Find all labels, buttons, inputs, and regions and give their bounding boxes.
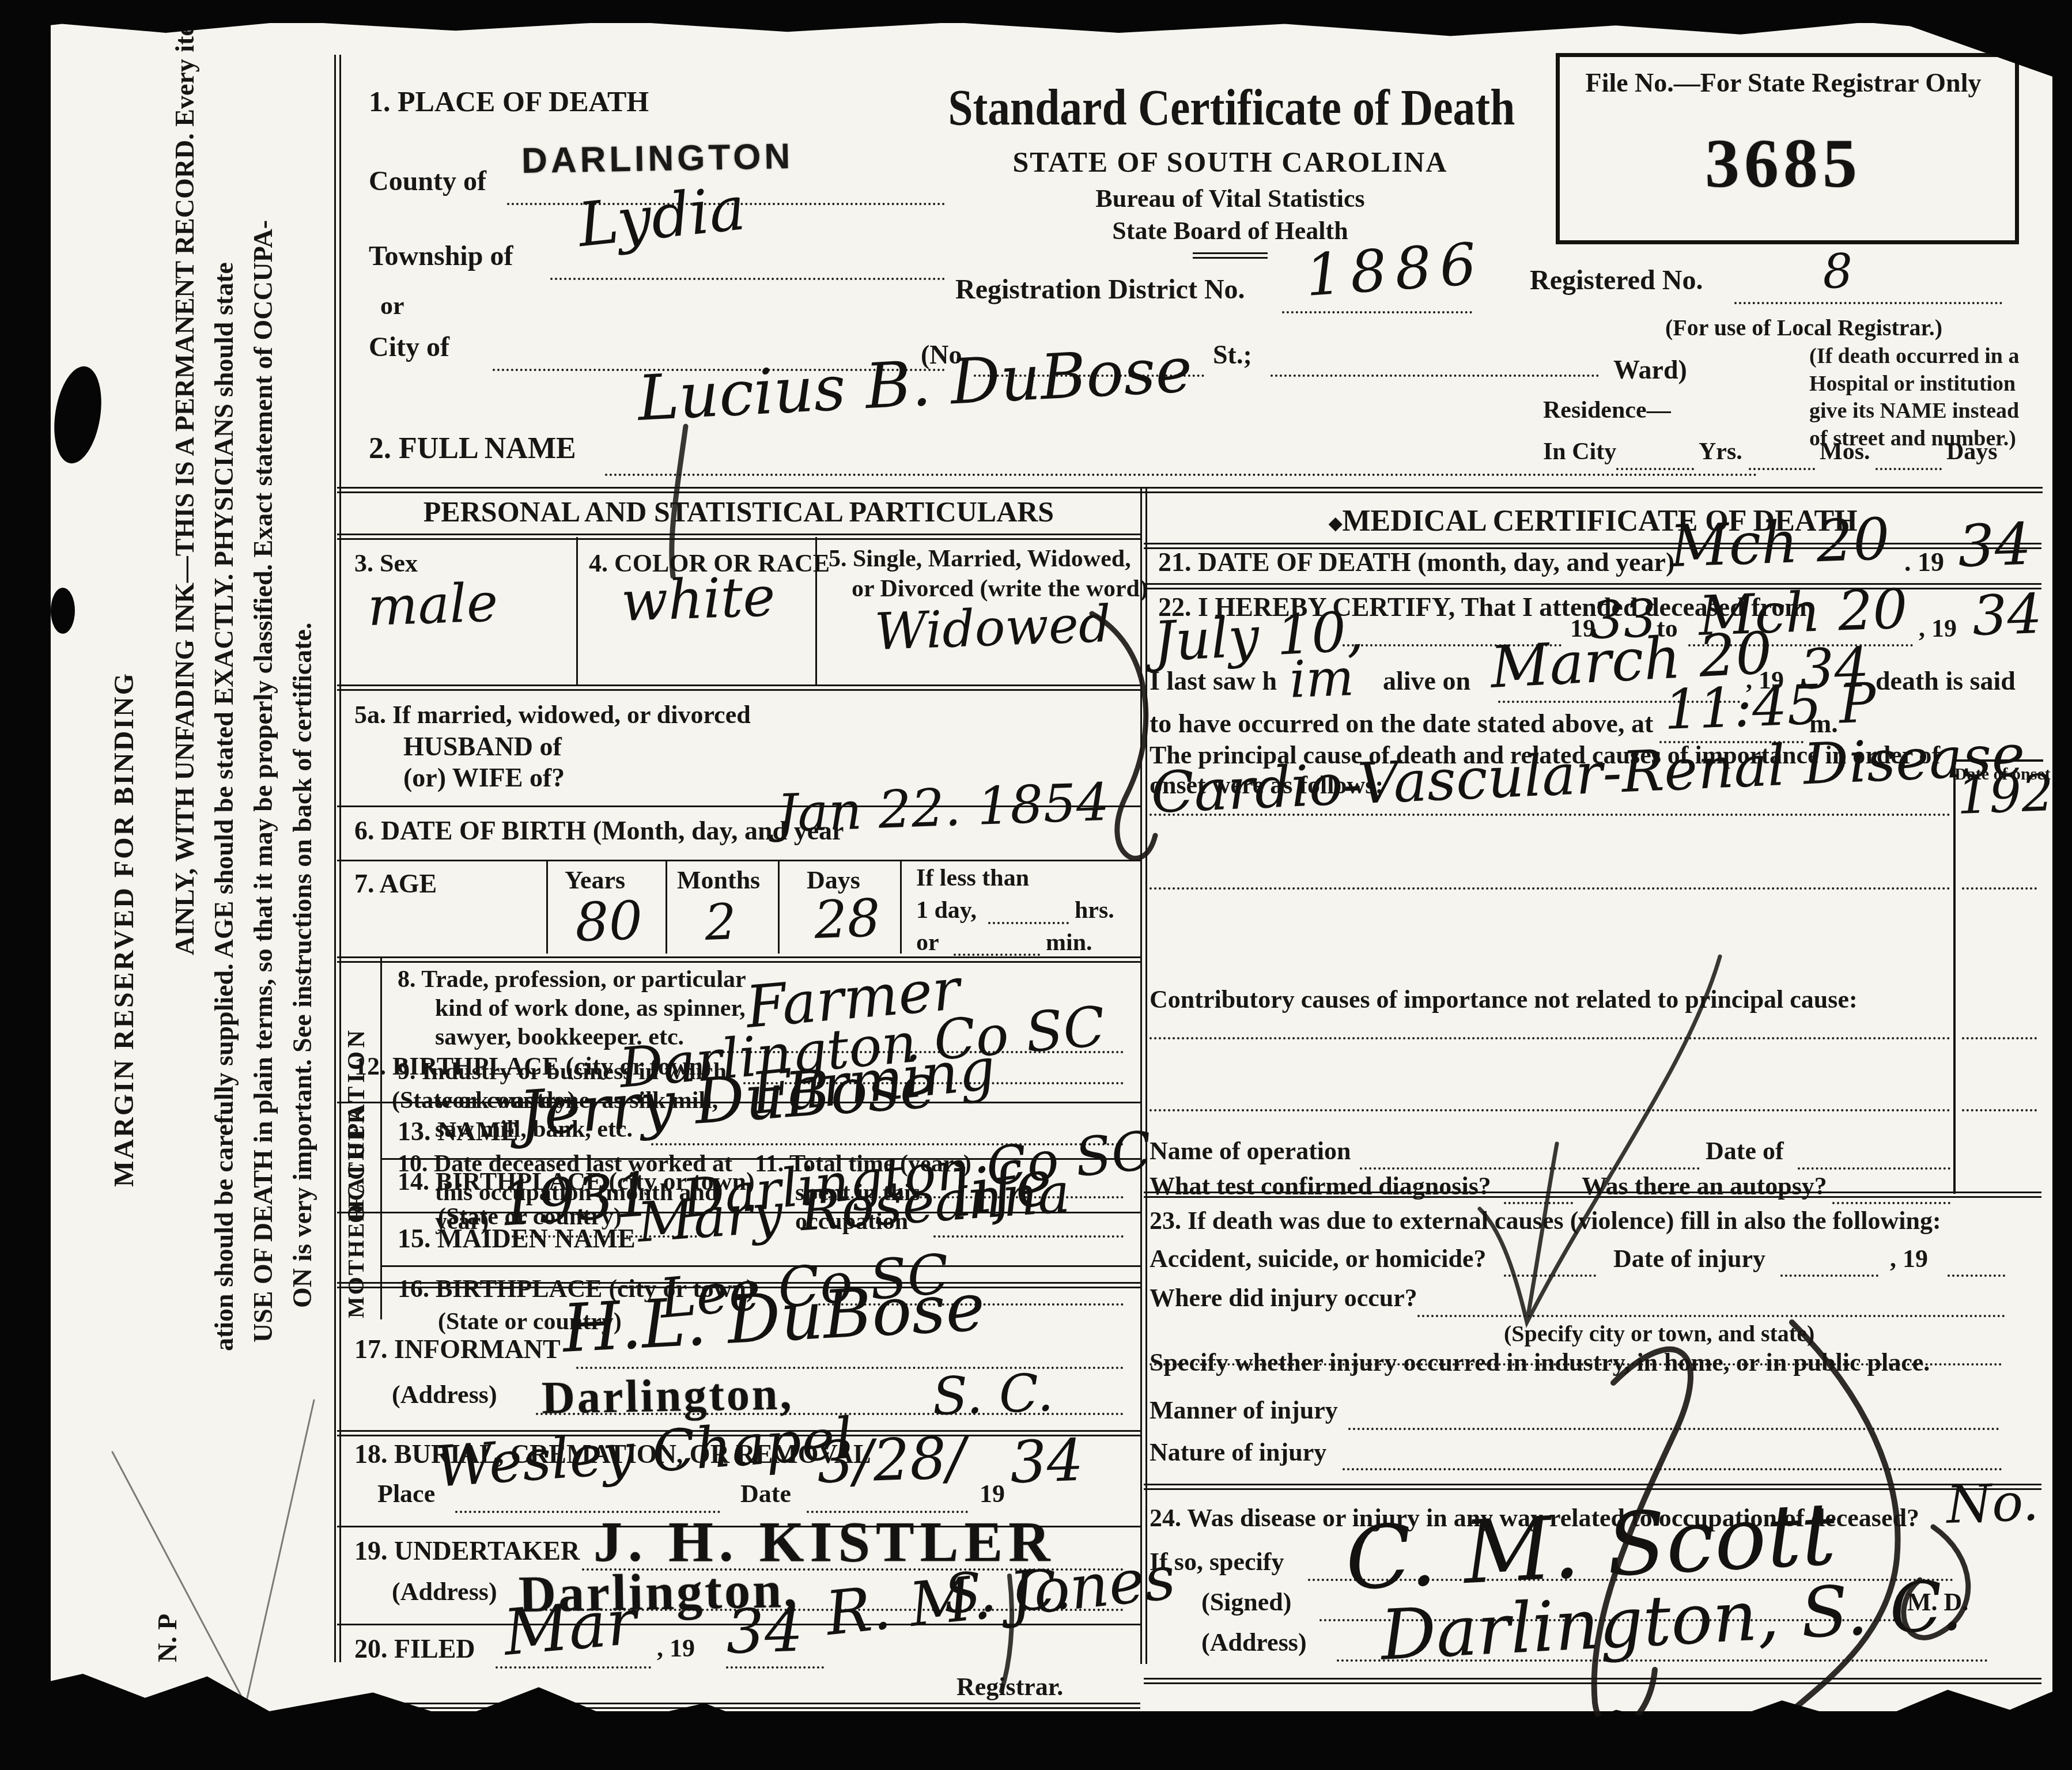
accident-label: Accident, suicide, or homicide? [1150,1246,1487,1272]
q17-final-label: 17. INFORMANT [354,1336,561,1363]
ifso-label: If so, specify [1150,1549,1284,1575]
q5a-line3: (or) WIFE of? [403,764,565,792]
personal-title-rule [337,534,1140,540]
q20-month-value: Mar [501,1584,640,1670]
form-left-border [334,55,341,1662]
registration-district-value: 1886 [1303,230,1487,309]
q21-year-pre: . 19 [1904,549,1944,576]
file-number-value: 3685 [1556,124,2011,203]
rule-under-fullname [337,487,2043,493]
district-dotted-line [1282,311,1472,313]
q23-label: 23. If death was due to external causes … [1150,1208,1941,1234]
sex-color-divider [576,537,578,684]
dateof-label: Date of [1706,1138,1784,1164]
cause-blank1 [1150,887,1950,890]
lastsaw-label-c: death is said [1876,667,2016,695]
operation-dotted [1360,1167,1700,1170]
incity-label: In City [1543,439,1616,464]
lastsaw-label-b: alive on [1383,667,1470,695]
color-race-value: white [620,565,776,634]
where-dotted [1417,1315,2005,1317]
scan-border-left [0,0,51,1770]
sex-value: male [366,572,499,638]
marital-label-1: 5. Single, Married, Widowed, [829,546,1131,572]
ward-label: Ward) [1613,356,1687,384]
cause-blank1-stub [1962,887,2037,890]
father-inner-divider [380,1103,382,1212]
rule-under-age [337,956,1140,963]
fullname-label: 2. FULL NAME [369,433,576,465]
rule-under-row3 [337,684,1140,691]
township-label: Township of [369,242,513,271]
ifless-or: or [916,930,939,955]
registered-no-label: Registered No. [1530,266,1703,295]
q18-place-label: Place [377,1481,435,1507]
local-registrar-note: (For use of Local Registrar.) [1665,316,1942,340]
q21-label: 21. DATE OF DEATH (month, day, and year) [1158,549,1674,576]
form-bottom-rule-left2 [337,1703,1140,1709]
ifless-line1: If less than [916,865,1029,891]
occurred-label: to have occurred on the date stated abov… [1150,710,1653,737]
ink-blot-small [51,588,75,634]
injury-19-dotted [1948,1274,2005,1277]
margin-binding-text: MARGIN RESERVED FOR BINDING [111,536,151,1187]
q17-address-label: (Address) [392,1382,497,1408]
contributory-blank1-stub [1962,1037,2037,1039]
q5a-line1: 5a. If married, widowed, or divorced [354,702,751,728]
age-months-head: Months [677,867,760,894]
mos-dotted [1876,468,1942,470]
q8-line1: 8. Trade, profession, or particular [398,967,746,992]
nature-dotted [1343,1468,2002,1470]
county-label: County of [369,167,486,196]
contributory-blank2-stub [1962,1109,2037,1111]
rule-under-nature [1144,1484,2041,1490]
margin-nb-text: N. P [154,1576,189,1662]
registered-no-value: 8 [1822,244,1854,300]
lastsaw-him: im [1288,648,1355,709]
contributory-blank1 [1150,1037,1950,1039]
state-line: STATE OF SOUTH CAROLINA [954,147,1507,177]
contributory-label: Contributory causes of importance not re… [1150,986,1858,1013]
q22-y2: 34 [1971,583,2043,648]
lastsaw-label-a: I last saw h [1150,667,1277,695]
operation-label: Name of operation [1150,1138,1351,1164]
age-months-value: 2 [704,893,738,952]
age-years-value: 80 [574,890,644,954]
age-div1 [546,861,548,954]
signed-label: (Signed) [1201,1589,1291,1616]
days-label: Days [1946,439,1998,464]
rule-under-autopsy [1144,1192,2041,1198]
city-label: City of [369,333,449,362]
registration-district-label: Registration District No. [955,275,1245,304]
age-div2 [666,861,667,954]
nature-row-label: Nature of injury [1150,1439,1326,1466]
bureau-line: Bureau of Vital Statistics [954,186,1507,212]
scanned-death-certificate: { "margin": { "binding": "MARGIN RESERVE… [0,0,2072,1770]
margin-instruction-line2: ation should be carefully supplied. AGE … [211,49,248,1351]
where-label: Where did injury occur? [1150,1285,1417,1311]
q11-dotted [933,1235,1124,1238]
contributory-blank2 [1150,1109,1950,1111]
med-address-label: (Address) [1201,1629,1307,1656]
st-label: St.; [1213,341,1252,369]
injury-date-dotted [1780,1274,1878,1277]
dob-value: Jan 22. 1854 [776,772,1110,844]
margin-instruction-line4: ON is very important. See instructions o… [289,409,326,1308]
q18-year-pre: 19 [980,1481,1005,1507]
manner-dotted [1348,1428,1999,1430]
manner-label: Manner of injury [1150,1397,1338,1424]
q5a-line2: HUSBAND of [403,733,562,761]
q18-date-value: 3/28/ [816,1424,967,1496]
age-div3 [778,861,780,954]
incity-dotted [1616,468,1694,470]
medical-section-title: ◆MEDICAL CERTIFICATE OF DEATH [1144,506,2043,538]
county-stamp-value: DARLINGTON [521,136,793,181]
yrs-dotted [1749,468,1815,470]
q18-year-value: 34 [1009,1427,1084,1496]
injury-19-label: , 19 [1890,1246,1928,1272]
q17-address-script: S. C. [931,1363,1054,1427]
ifless-hrs-dotted [988,922,1069,924]
q20-year-value: 34 [725,1594,804,1667]
file-box-title: File No.—For State Registrar Only [1556,69,2011,97]
hospital-note: (If death occurred in a Hospital or inst… [1809,343,2040,452]
registered-dotted-line [1734,302,2002,304]
father-vertical-label: FATHER [345,1105,377,1209]
center-short-rule [1193,252,1268,259]
fullname-dotted-line [605,474,1757,476]
q15-label: 15. MAIDEN NAME [398,1225,636,1253]
township-dotted-line [550,278,945,280]
q13-label: 13. NAME [398,1118,519,1145]
certificate-title: Standard Certificate of Death [948,81,1512,135]
q21-year: 34 [1957,510,2032,580]
q21-value: Mch 20 [1669,505,1891,580]
residence-label: Residence— [1543,398,1671,423]
q20-year-pre: , 19 [657,1635,695,1662]
dob-label: 6. DATE OF BIRTH (Month, day, and year [354,817,844,845]
ifless-min: min. [1046,930,1092,955]
q19-address-label: (Address) [392,1579,497,1605]
q22-pre2: , 19 [1919,615,1957,642]
q19-label: 19. UNDERTAKER [354,1537,580,1565]
mos-label: Mos. [1820,439,1870,464]
ifless-hrs: hrs. [1075,898,1114,923]
test-dotted [1504,1202,1573,1204]
ifless-line2: 1 day, [916,898,977,923]
dateof-dotted [1798,1167,1950,1170]
age-label: 7. AGE [354,870,437,898]
ifless-min-dotted [954,954,1040,956]
scan-border-right [2052,0,2072,1770]
yrs-label: Yrs. [1699,439,1742,464]
color-marital-divider [815,537,817,684]
cause-dotted [1150,814,1950,816]
manner-blank [1150,1363,2002,1366]
autopsy-dotted [1832,1202,1950,1204]
form-bottom-rule-right [1144,1678,2041,1684]
or-label: or [380,293,404,319]
age-div4 [900,861,902,954]
q24-value: No. [1945,1472,2040,1535]
rule-under-dob [337,860,1140,861]
accident-dotted [1504,1274,1596,1277]
place-of-death-title: 1. PLACE OF DEATH [369,86,649,117]
q20-label: 20. FILED [354,1635,475,1663]
st-dotted-line [1271,375,1599,377]
margin-instruction-line3: USE OF DEATH in plain terms, so that it … [250,40,287,1342]
age-years-head: Years [565,867,625,894]
registrar-label: Registrar. [956,1674,1063,1700]
specify-city-label: (Specify city or town, and state) [1504,1322,1814,1346]
q18-date-label: Date [740,1481,791,1507]
sex-label: 3. Sex [354,550,418,577]
mother-vertical-label: MOTHER [345,1215,377,1318]
q8-line2: kind of work done, as spinner, [435,996,746,1021]
injury-date-label: Date of injury [1613,1246,1765,1272]
personal-section-title: PERSONAL AND STATISTICAL PARTICULARS [337,497,1140,527]
age-days-value: 28 [813,888,881,951]
medical-title-mark: ◆ [1329,514,1342,533]
marital-value: Widowed [874,594,1111,661]
margin-instruction-line1: AINLY, WITH UNFADING INK—THIS IS A PERMA… [172,45,209,955]
